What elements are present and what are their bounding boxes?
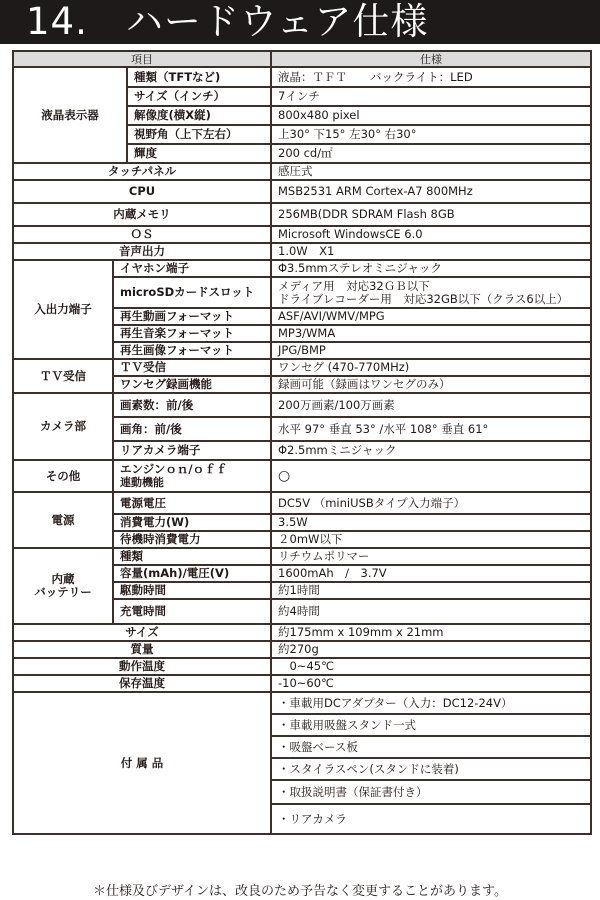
row-value: 200 cd/㎡: [271, 144, 591, 163]
row-label: 内蔵メモリ: [13, 203, 271, 226]
row-label: 種類: [113, 548, 271, 565]
row-label: ＴＶ受信: [113, 359, 271, 376]
category-battery-line2: バッテリー: [20, 586, 106, 599]
row-value: JPG/BMP: [271, 342, 591, 359]
row-label-line1: エンジンｏｎ/ｏｆｆ: [120, 463, 264, 476]
category-battery: 内蔵 バッテリー: [13, 548, 113, 624]
accessory-item: ・吸盤ベース板: [271, 736, 591, 758]
row-label: 容量(mAh)/電圧(V): [113, 565, 271, 582]
row-value: 1.0W X1: [271, 243, 591, 260]
row-label: サイズ: [13, 624, 271, 641]
category-tv: ＴＶ受信: [13, 359, 113, 393]
row-value: メディア用 対応32ＧＢ以下 ドライブレコーダー用 対応32GB以下（クラス6以…: [271, 277, 591, 308]
row-value: Microsoft WindowsCE 6.0: [271, 226, 591, 243]
row-value: 上30° 下15° 左30° 右30°: [271, 125, 591, 144]
row-value: 水平 97° 垂直 53° /水平 108° 垂直 61°: [271, 417, 591, 441]
row-label: 再生画像フォーマット: [113, 342, 271, 359]
table-row: タッチパネル 感圧式: [13, 163, 591, 180]
row-value: 約4時間: [271, 599, 591, 624]
row-label: 待機時消費電力: [113, 531, 271, 548]
table-row: ＯＳ Microsoft WindowsCE 6.0: [13, 226, 591, 243]
row-value: 約175mm x 109mm x 21mm: [271, 624, 591, 641]
row-label: CPU: [13, 180, 271, 203]
row-value: MP3/WMA: [271, 325, 591, 342]
category-accessories: 付 属 品: [13, 692, 271, 834]
row-label: 充電時間: [113, 599, 271, 624]
row-value: 0~45℃: [271, 658, 591, 675]
row-label: 音声出力: [13, 243, 271, 260]
category-lcd: 液晶表示器: [13, 67, 127, 163]
row-label: ワンセグ録画機能: [113, 376, 271, 393]
row-label-line2: 連動機能: [120, 476, 264, 489]
row-label: 動作温度: [13, 658, 271, 675]
accessory-item: ・車載用DCアダプター（入力：DC12-24V）: [271, 692, 591, 714]
row-value: MSB2531 ARM Cortex-A7 800MHz: [271, 180, 591, 203]
table-row: CPU MSB2531 ARM Cortex-A7 800MHz: [13, 180, 591, 203]
row-value: 200万画素/100万画素: [271, 393, 591, 417]
accessory-item: ・車載用吸盤スタンド一式: [271, 714, 591, 736]
category-other: その他: [13, 460, 113, 492]
row-value: DC5V （miniUSBタイプ入力端子）: [271, 492, 591, 514]
row-value: Φ3.5mmステレオミニジャック: [271, 260, 591, 277]
row-value: 約1時間: [271, 582, 591, 599]
table-row: 内蔵メモリ 256MB(DDR SDRAM Flash 8GB: [13, 203, 591, 226]
row-value: 1600mAh / 3.7V: [271, 565, 591, 582]
row-label: 電源電圧: [113, 492, 271, 514]
header-spec: 仕様: [271, 51, 591, 67]
table-row: その他 エンジンｏｎ/ｏｆｆ 連動機能 ○: [13, 460, 591, 492]
row-label: タッチパネル: [13, 163, 271, 180]
row-value: 3.5W: [271, 514, 591, 531]
row-value: ASF/AVI/WMV/MPG: [271, 308, 591, 325]
row-label: 保存温度: [13, 675, 271, 692]
accessory-item: ・スタイラスペン(スタンドに装着): [271, 758, 591, 780]
category-io: 入出力端子: [13, 260, 113, 359]
row-value: 約270g: [271, 641, 591, 658]
table-row: 動作温度 0~45℃: [13, 658, 591, 675]
row-value-line2: ドライブレコーダー用 対応32GB以下（クラス6以上）: [278, 293, 584, 306]
row-value: 256MB(DDR SDRAM Flash 8GB: [271, 203, 591, 226]
row-value: リチウムポリマー: [271, 548, 591, 565]
row-label: 画素数：前/後: [113, 393, 271, 417]
row-label: リアカメラ端子: [113, 441, 271, 460]
row-label: 質量: [13, 641, 271, 658]
row-label: 駆動時間: [113, 582, 271, 599]
category-power: 電源: [13, 492, 113, 548]
table-row: 液晶表示器 種類（TFTなど) 液晶：ＴＦＴ バックライト：LED: [13, 67, 591, 87]
table-row: 内蔵 バッテリー 種類 リチウムポリマー: [13, 548, 591, 565]
row-value: 液晶：ＴＦＴ バックライト：LED: [271, 67, 591, 87]
table-row: 電源 電源電圧 DC5V （miniUSBタイプ入力端子）: [13, 492, 591, 514]
row-label: エンジンｏｎ/ｏｆｆ 連動機能: [113, 460, 271, 492]
row-value: 7インチ: [271, 87, 591, 106]
accessory-item: ・取扱説明書（保証書付き）: [271, 780, 591, 804]
row-value: ワンセグ (470-770MHz): [271, 359, 591, 376]
row-value: 感圧式: [271, 163, 591, 180]
page-title: 14. ハードウェア仕様: [0, 0, 600, 44]
row-label: 消費電力(W): [113, 514, 271, 531]
category-camera: カメラ部: [13, 393, 113, 460]
accessory-item: ・リアカメラ: [271, 804, 591, 834]
row-label: 再生音楽フォーマット: [113, 325, 271, 342]
row-value: 800x480 pixel: [271, 106, 591, 125]
row-label: 種類（TFTなど): [127, 67, 271, 87]
row-label: イヤホン端子: [113, 260, 271, 277]
table-row: 入出力端子 イヤホン端子 Φ3.5mmステレオミニジャック: [13, 260, 591, 277]
row-label: 再生動画フォーマット: [113, 308, 271, 325]
row-label: microSDカードスロット: [113, 277, 271, 308]
row-label: 輝度: [127, 144, 271, 163]
row-value: Φ2.5mmミニジャック: [271, 441, 591, 460]
footnote: ＊仕様及びデザインは、改良のため予告なく変更することがあります。: [0, 880, 600, 899]
row-label: 解像度(横X縦): [127, 106, 271, 125]
table-row: 質量 約270g: [13, 641, 591, 658]
row-label: サイズ（インチ）: [127, 87, 271, 106]
spec-table: 項目 仕様 液晶表示器 種類（TFTなど) 液晶：ＴＦＴ バックライト：LED …: [12, 50, 592, 835]
header-item: 項目: [13, 51, 271, 67]
row-value-line1: メディア用 対応32ＧＢ以下: [278, 280, 584, 293]
row-label: ＯＳ: [13, 226, 271, 243]
table-header-row: 項目 仕様: [13, 51, 591, 67]
table-row: 付 属 品 ・車載用DCアダプター（入力：DC12-24V）: [13, 692, 591, 714]
table-row: ＴＶ受信 ＴＶ受信 ワンセグ (470-770MHz): [13, 359, 591, 376]
table-row: カメラ部 画素数：前/後 200万画素/100万画素: [13, 393, 591, 417]
row-value: ○: [271, 460, 591, 492]
table-row: 保存温度 -10~60℃: [13, 675, 591, 692]
table-row: 音声出力 1.0W X1: [13, 243, 591, 260]
row-value: ２0mW以下: [271, 531, 591, 548]
row-label: 画角：前/後: [113, 417, 271, 441]
row-label: 視野角（上下左右）: [127, 125, 271, 144]
row-value: 録画可能（録画はワンセグのみ）: [271, 376, 591, 393]
row-value: -10~60℃: [271, 675, 591, 692]
table-row: サイズ 約175mm x 109mm x 21mm: [13, 624, 591, 641]
